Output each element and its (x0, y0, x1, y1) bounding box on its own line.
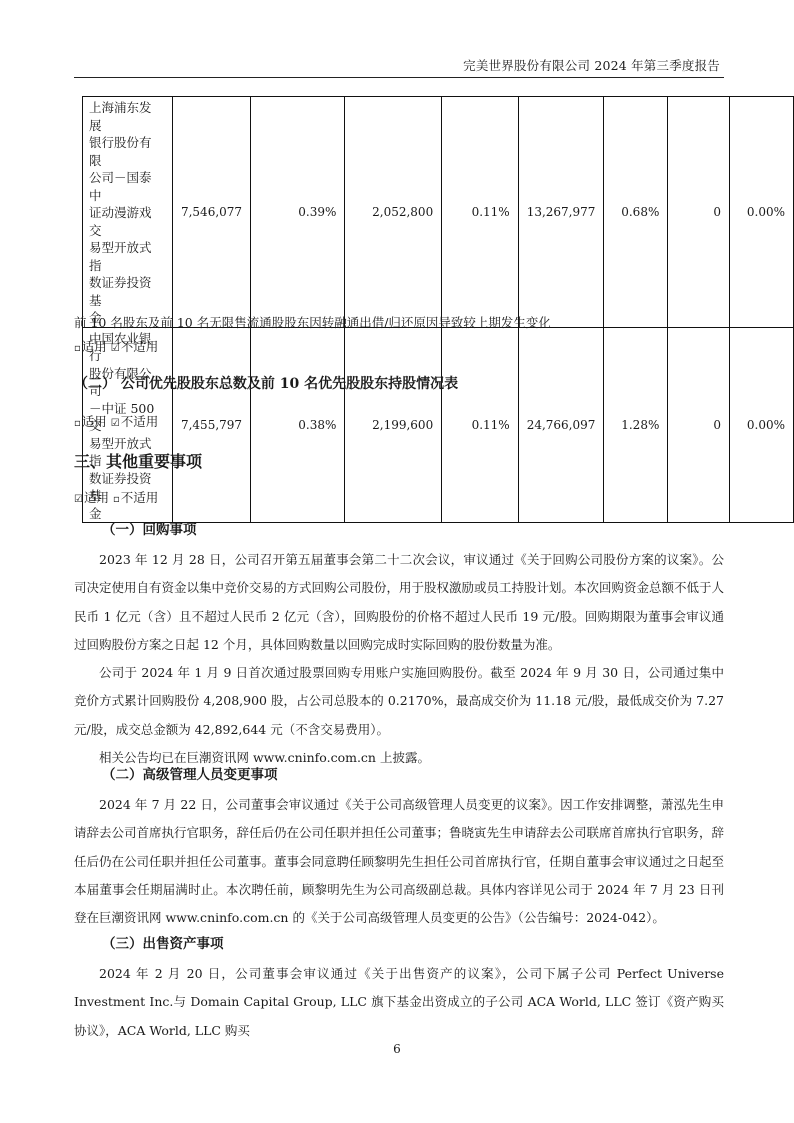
unchecked-box-icon[interactable]: ▫ (74, 418, 81, 429)
paragraph: 2024 年 7 月 22 日，公司董事会审议通过《关于公司高级管理人员变更的议… (74, 791, 724, 932)
paragraph: 2024 年 2 月 20 日，公司董事会审议通过《关于出售资产的议案》，公司下… (74, 960, 724, 1045)
applicable-label: 适用 (82, 414, 107, 429)
checked-box-icon[interactable]: ☑ (111, 343, 120, 354)
end-lent-ratio-cell: 0.00% (730, 97, 794, 328)
shares-held-cell: 7,546,077 (172, 97, 250, 328)
lent-ratio-cell: 0.11% (442, 97, 518, 328)
preferred-shares-options: ▫适用 ☑不适用 (74, 412, 158, 430)
end-lent-shares-cell: 0 (668, 327, 730, 523)
end-lent-shares-cell: 0 (668, 97, 730, 328)
table-row: 中国农业银行 股份有限公司 －中证 500 交 易型开放式指 数证券投资基 金 … (83, 327, 794, 523)
checked-box-icon[interactable]: ☑ (74, 494, 83, 505)
paragraph: 2023 年 12 月 28 日，公司召开第五届董事会第二十二次会议，审议通过《… (74, 546, 724, 659)
end-ratio-cell: 0.68% (604, 97, 668, 328)
paragraph: 公司于 2024 年 1 月 9 日首次通过股票回购专用账户实施回购股份。截至 … (74, 659, 724, 744)
ratio-cell: 0.38% (251, 327, 345, 523)
shares-held-cell: 7,455,797 (172, 327, 250, 523)
name-line: 证动漫游戏交 (89, 204, 164, 239)
name-line: 公司－国泰中 (89, 169, 164, 204)
ratio-cell: 0.39% (251, 97, 345, 328)
lent-shares-cell: 2,052,800 (345, 97, 442, 328)
page-number: 6 (0, 1042, 794, 1056)
applicable-label: 适用 (82, 339, 107, 354)
subsection-heading-asset-sale: （三）出售资产事项 (102, 932, 224, 952)
change-note-text: 前 10 名股东及前 10 名无限售流通股股东因转融通出借/归还原因导致较上期发… (74, 313, 551, 331)
report-title: 完美世界股份有限公司 2024 年第三季度报告 (463, 56, 720, 74)
end-shares-cell: 13,267,977 (518, 97, 604, 328)
name-line: 数证券投资基 (89, 274, 164, 309)
end-lent-ratio-cell: 0.00% (730, 327, 794, 523)
lent-shares-cell: 2,199,600 (345, 327, 442, 523)
shareholder-name: 上海浦东发展 银行股份有限 公司－国泰中 证动漫游戏交 易型开放式指 数证券投资… (83, 97, 173, 328)
change-note-options: ▫适用 ☑不适用 (74, 337, 158, 355)
subsection-heading-buyback: （一）回购事项 (102, 518, 197, 538)
subsection-heading-management-change: （二）高级管理人员变更事项 (102, 763, 278, 783)
unchecked-box-icon[interactable]: ▫ (74, 343, 81, 354)
management-change-body: 2024 年 7 月 22 日，公司董事会审议通过《关于公司高级管理人员变更的议… (74, 791, 724, 932)
section-heading-preferred-shares: （二） 公司优先股股东总数及前 10 名优先股股东持股情况表 (74, 373, 458, 393)
name-line: 上海浦东发展 (89, 99, 164, 134)
applicable-label: 适用 (84, 490, 109, 505)
end-shares-cell: 24,766,097 (518, 327, 604, 523)
name-line: 易型开放式指 (89, 239, 164, 274)
checked-box-icon[interactable]: ☑ (111, 418, 120, 429)
header-divider (74, 77, 724, 78)
name-line: 银行股份有限 (89, 134, 164, 169)
unchecked-box-icon[interactable]: ▫ (113, 494, 120, 505)
not-applicable-label: 不适用 (121, 339, 159, 354)
not-applicable-label: 不适用 (121, 414, 159, 429)
buyback-body: 2023 年 12 月 28 日，公司召开第五届董事会第二十二次会议，审议通过《… (74, 546, 724, 772)
table-row: 上海浦东发展 银行股份有限 公司－国泰中 证动漫游戏交 易型开放式指 数证券投资… (83, 97, 794, 328)
asset-sale-body: 2024 年 2 月 20 日，公司董事会审议通过《关于出售资产的议案》，公司下… (74, 960, 724, 1045)
other-matters-options: ☑适用 ▫不适用 (74, 488, 158, 506)
section-heading-other-matters: 三、其他重要事项 (74, 449, 202, 472)
lent-ratio-cell: 0.11% (442, 327, 518, 523)
end-ratio-cell: 1.28% (604, 327, 668, 523)
not-applicable-label: 不适用 (121, 490, 159, 505)
